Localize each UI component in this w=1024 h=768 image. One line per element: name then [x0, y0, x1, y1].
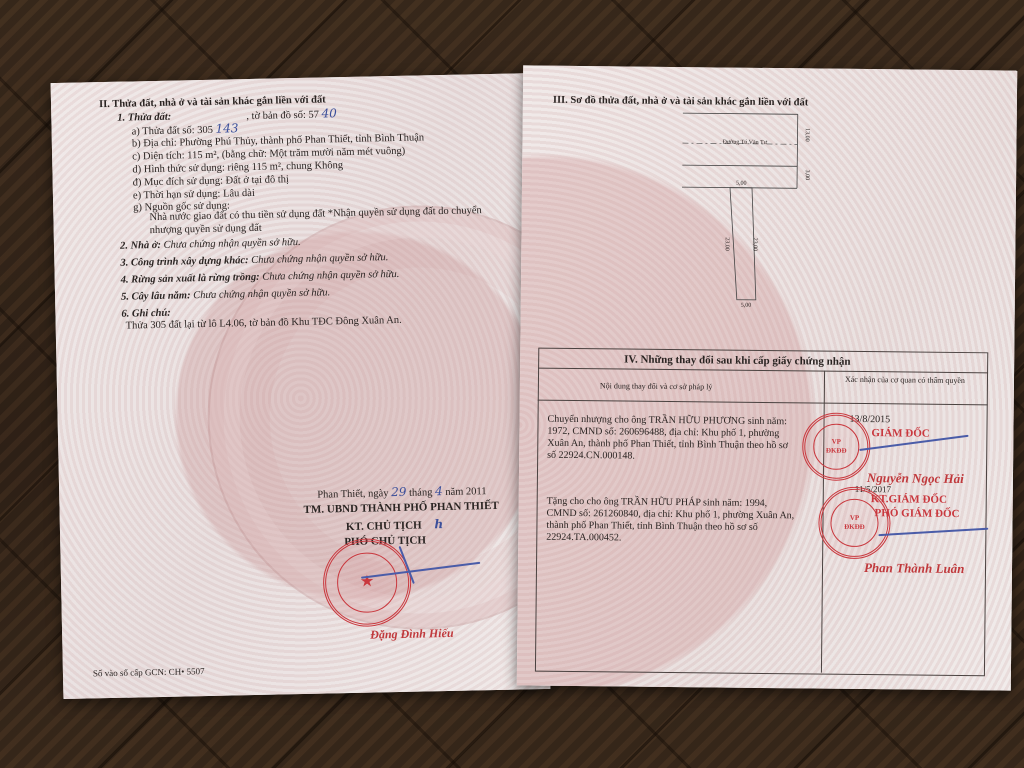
dim-bottom-width: 5,00: [741, 300, 752, 313]
entry-line: số 22924.CN.000148.: [547, 450, 635, 463]
item-value: Chưa chứng nhận quyền sở hữu.: [262, 269, 399, 283]
parcel-number-value: 305: [197, 125, 213, 136]
map-sheet-value: 57: [308, 110, 319, 121]
origin-line-2: nhượng quyền sử dụng đất: [150, 222, 262, 237]
parcel-number-handwritten: 143: [215, 121, 238, 135]
map-sheet: , tờ bản đồ số: 57 40: [246, 107, 337, 123]
item-label: 2. Nhà ở:: [120, 240, 161, 252]
registry-number: Số vào sổ cấp GCN: CH• 5507: [93, 665, 205, 680]
date-day: 29: [391, 485, 407, 499]
map-sheet-label: , tờ bản đồ số:: [246, 110, 306, 122]
dim-setback: 3,00: [800, 170, 813, 181]
date-month-label: tháng: [409, 487, 433, 498]
item-value: Chưa chứng nhận quyền sở hữu.: [251, 252, 388, 266]
registry-office-stamp: VPĐKĐĐ: [818, 487, 891, 560]
entry-line: 22924.TA.000452.: [546, 532, 621, 545]
column-header-confirm: Xác nhận của cơ quan có thẩm quyền: [840, 374, 970, 386]
dim-top-width: 5,00: [736, 178, 747, 191]
item-house: 2. Nhà ở: Chưa chứng nhận quyền sở hữu.: [120, 236, 301, 253]
section-iv-title: IV. Những thay đổi sau khi cấp giấy chứn…: [624, 354, 850, 369]
change-entry: Chuyển nhượng cho ông TRẦN HỮU PHƯƠNG si…: [523, 65, 1017, 70]
entry-signer: Phan Thành Luân: [864, 561, 965, 575]
dim-road-width: 13,00: [800, 128, 813, 142]
road-label: Đường Tú Văn Tư: [722, 137, 767, 150]
certificate-right-page: III. Sơ đồ thửa đất, nhà ở và tài sản kh…: [517, 65, 1017, 690]
signer-title-1: KT. CHỦ TỊCH h: [346, 518, 443, 534]
item-value: Chưa chứng nhận quyền sở hữu.: [193, 287, 330, 301]
item-label: 3. Công trình xây dựng khác:: [120, 255, 248, 269]
signer-name: Đặng Đình Hiếu: [370, 627, 454, 642]
registry-office-stamp: VPĐKĐĐ: [802, 412, 871, 481]
item-label: 5. Cây lâu năm:: [121, 290, 191, 302]
date-month: 4: [435, 484, 443, 498]
dim-left-length: 23,00: [720, 237, 733, 251]
date-year: năm 2011: [445, 486, 487, 498]
date-prefix: Phan Thiết, ngày: [317, 488, 388, 500]
certificate-left-page: II. Thửa đất, nhà ở và tài sản khác gắn …: [51, 73, 551, 699]
dim-right-length: 23,00: [748, 238, 761, 252]
entry-role: GIÁM ĐỐC: [871, 427, 929, 441]
item-label: 4. Rừng sản xuất là rừng trồng:: [121, 272, 260, 286]
handwritten-mark: h: [434, 517, 443, 531]
change-entry: Tặng cho cho ông TRẦN HỮU PHÁP sinh năm:…: [523, 65, 1017, 70]
item-value: Chưa chứng nhận quyền sở hữu.: [163, 237, 300, 251]
map-sheet-handwritten: 40: [321, 106, 337, 120]
title-1: KT. CHỦ TỊCH: [346, 519, 422, 533]
parcel-heading: 1. Thửa đất:: [117, 111, 171, 125]
column-header-content: Nội dung thay đổi và cơ sở pháp lý: [600, 379, 713, 393]
